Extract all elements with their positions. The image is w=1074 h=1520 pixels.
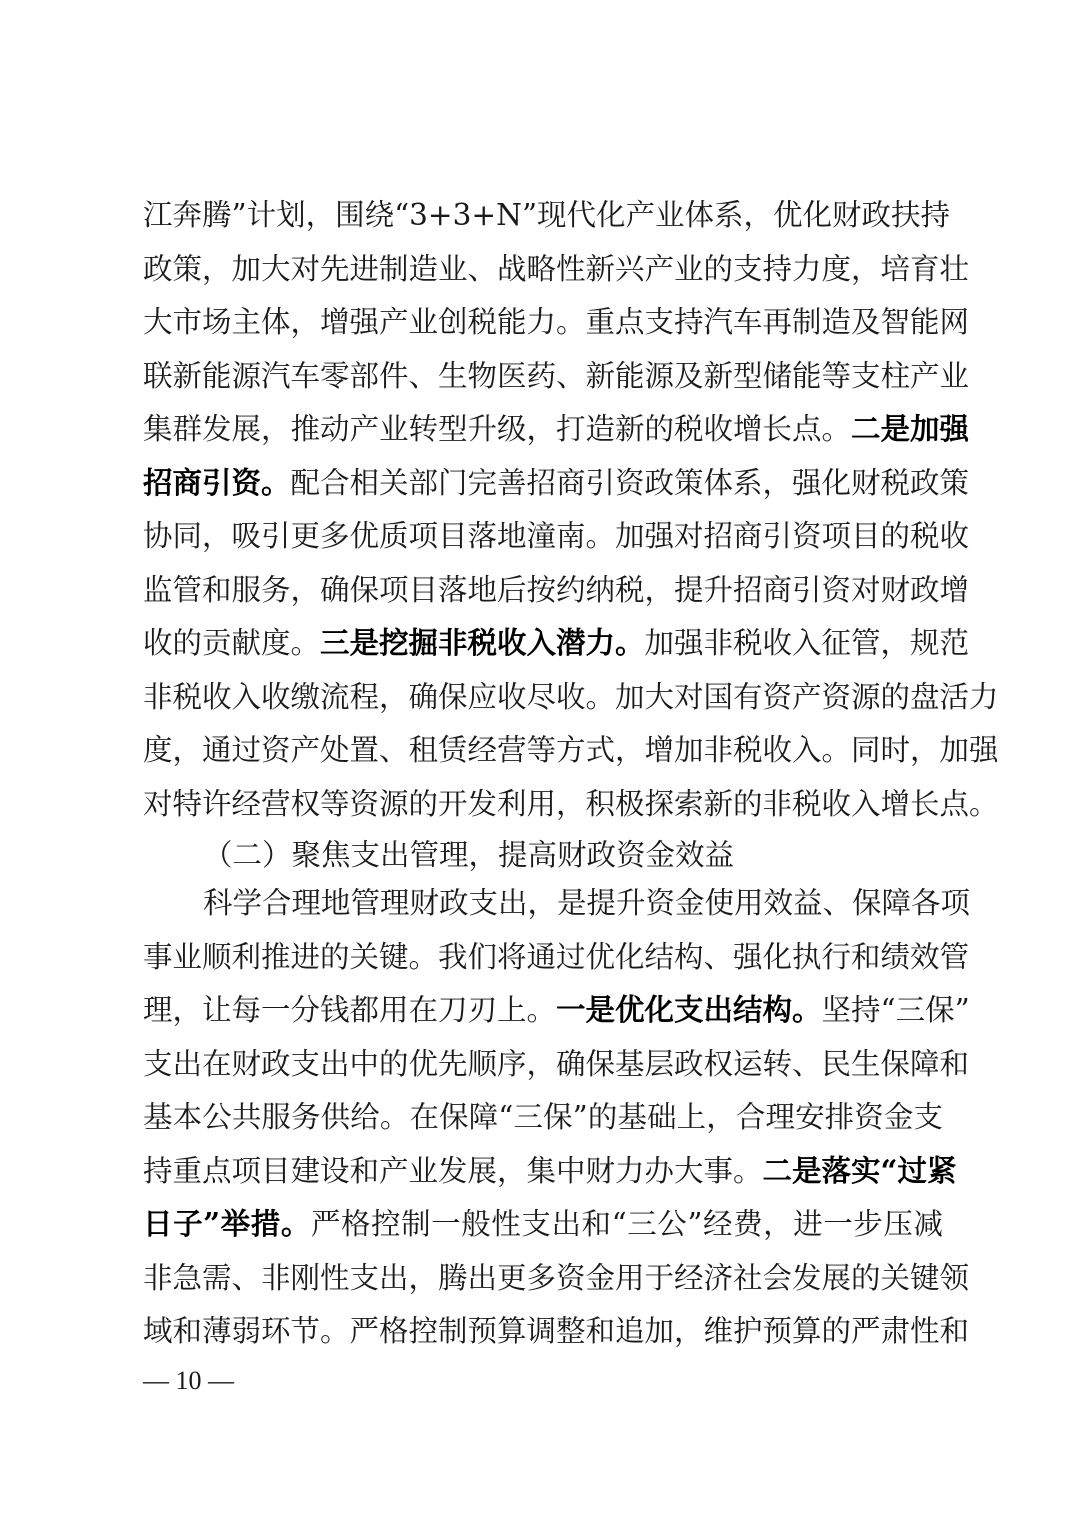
text-line: 非税收入收缴流程，确保应收尽收。加大对国有资产资源的盘活力	[143, 677, 943, 717]
text-run: 事业顺利推进的关键。我们将通过优化结构、强化执行和绩效管	[143, 940, 969, 974]
page-number: — 10 —	[143, 1363, 234, 1399]
text-run: 非急需、非刚性支出，腾出更多资金用于经济社会发展的关键领	[143, 1261, 969, 1295]
text-line: 域和薄弱环节。严格控制预算调整和追加，维护预算的严肃性和	[143, 1311, 943, 1351]
text-run: 配合相关部门完善招商引资政策体系，强化财税政策	[291, 466, 970, 500]
text-line: 江奔腾”计划，围绕“3+3+N”现代化产业体系，优化财政扶持	[143, 195, 943, 235]
bold-emphasis: 日子”举措。	[143, 1206, 311, 1241]
text-run: 持重点项目建设和产业发展，集中财力办大事。	[143, 1154, 763, 1188]
text-line: 监管和服务，确保项目落地后按约纳税，提升招商引资对财政增	[143, 570, 943, 610]
text-line: 收的贡献度。三是挖掘非税收入潜力。加强非税收入征管，规范	[143, 623, 943, 663]
text-line: 对特许经营权等资源的开发利用，积极探索新的非税收入增长点。	[143, 784, 943, 824]
text-line: 度，通过资产处置、租赁经营等方式，增加非税收入。同时，加强	[143, 730, 943, 770]
text-line: 科学合理地管理财政支出，是提升资金使用效益、保障各项	[203, 883, 943, 923]
text-line: 日子”举措。严格控制一般性支出和“三公”经费，进一步压减	[143, 1204, 943, 1244]
text-run: 大市场主体，增强产业创税能力。重点支持汽车再制造及智能网	[143, 305, 969, 339]
text-line: 基本公共服务供给。在保障“三保”的基础上，合理安排资金支	[143, 1097, 943, 1137]
text-run: 严格控制一般性支出和“三公”经费，进一步压减	[311, 1207, 943, 1241]
text-line: 协同，吸引更多优质项目落地潼南。加强对招商引资项目的税收	[143, 516, 943, 556]
text-run: 支出在财政支出中的优先顺序，确保基层政权运转、民生保障和	[143, 1047, 969, 1081]
text-run: 理，让每一分钱都用在刀刃上。	[143, 993, 556, 1027]
text-line: 联新能源汽车零部件、生物医药、新能源及新型储能等支柱产业	[143, 356, 943, 396]
text-line: 支出在财政支出中的优先顺序，确保基层政权运转、民生保障和	[143, 1044, 943, 1084]
text-run: 科学合理地管理财政支出，是提升资金使用效益、保障各项	[203, 886, 970, 920]
text-line: 事业顺利推进的关键。我们将通过优化结构、强化执行和绩效管	[143, 937, 943, 977]
document-page: 江奔腾”计划，围绕“3+3+N”现代化产业体系，优化财政扶持政策，加大对先进制造…	[0, 0, 1074, 1520]
bold-emphasis: 三是挖掘非税收入潜力。	[320, 625, 645, 660]
text-line: 持重点项目建设和产业发展，集中财力办大事。二是落实“过紧	[143, 1151, 943, 1191]
text-line: 大市场主体，增强产业创税能力。重点支持汽车再制造及智能网	[143, 302, 943, 342]
text-run: 监管和服务，确保项目落地后按约纳税，提升招商引资对财政增	[143, 573, 969, 607]
text-line: 政策，加大对先进制造业、战略性新兴产业的支持力度，培育壮	[143, 249, 943, 289]
text-run: 对特许经营权等资源的开发利用，积极探索新的非税收入增长点。	[143, 787, 999, 821]
bold-emphasis: 二是落实“过紧	[763, 1153, 957, 1188]
text-run: 度，通过资产处置、租赁经营等方式，增加非税收入。同时，加强	[143, 733, 999, 767]
text-line: 集群发展，推动产业转型升级，打造新的税收增长点。二是加强	[143, 409, 943, 449]
bold-emphasis: 招商引资。	[143, 465, 291, 500]
text-line: 非急需、非刚性支出，腾出更多资金用于经济社会发展的关键领	[143, 1258, 943, 1298]
bold-emphasis: 一是优化支出结构。	[556, 992, 822, 1027]
text-run: 非税收入收缴流程，确保应收尽收。加大对国有资产资源的盘活力	[143, 680, 999, 714]
text-run: 域和薄弱环节。严格控制预算调整和追加，维护预算的严肃性和	[143, 1314, 969, 1348]
text-run: 政策，加大对先进制造业、战略性新兴产业的支持力度，培育壮	[143, 252, 969, 286]
bold-emphasis: 二是加强	[851, 411, 969, 446]
text-run: 集群发展，推动产业转型升级，打造新的税收增长点。	[143, 412, 851, 446]
text-run: 加强非税收入征管，规范	[645, 626, 970, 660]
section-heading: （二）聚焦支出管理，提高财政资金效益	[203, 835, 734, 875]
text-run: 坚持“三保”	[822, 993, 970, 1027]
text-run: 协同，吸引更多优质项目落地潼南。加强对招商引资项目的税收	[143, 519, 969, 553]
text-line: 理，让每一分钱都用在刀刃上。一是优化支出结构。坚持“三保”	[143, 990, 943, 1030]
text-run: 收的贡献度。	[143, 626, 320, 660]
text-run: 江奔腾”计划，围绕“3+3+N”现代化产业体系，优化财政扶持	[143, 198, 950, 232]
text-line: 招商引资。配合相关部门完善招商引资政策体系，强化财税政策	[143, 463, 943, 503]
text-run: 联新能源汽车零部件、生物医药、新能源及新型储能等支柱产业	[143, 359, 969, 393]
text-run: 基本公共服务供给。在保障“三保”的基础上，合理安排资金支	[143, 1100, 943, 1134]
